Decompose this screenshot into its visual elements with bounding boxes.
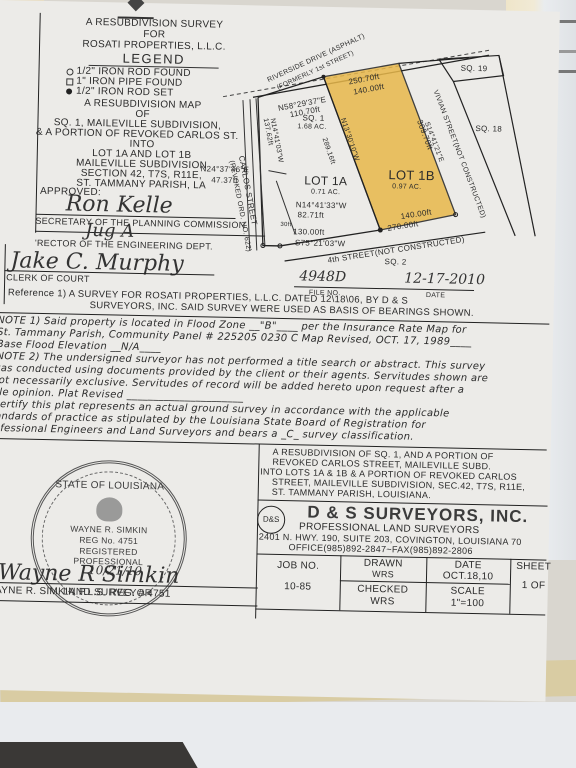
surveyor-printed-name: WAYNE R. SIMKIN P.L.S. REG. # 4751 — [0, 586, 171, 600]
bottom-bearing: S75°21'03"W — [295, 239, 346, 248]
sq2-label: SQ. 2 — [385, 258, 407, 266]
drawn-value: WRS — [340, 569, 426, 580]
filing-date-value: 12-17-2010 — [404, 271, 485, 289]
lot1a-bearing: N14°41'33"W — [296, 201, 347, 210]
filing-date-label: DATE — [426, 292, 446, 299]
sheet-value: 1 OF — [522, 581, 546, 591]
background-surface — [0, 742, 200, 768]
lot1a-bottom-distance: 130.00ft — [293, 228, 324, 237]
company-logo-icon: D&S — [257, 506, 286, 535]
date-value: OCT.18,10 — [426, 571, 510, 583]
scale-label: SCALE — [426, 586, 510, 598]
sq1-label: SQ. 1 — [303, 114, 325, 122]
sq19-label: SQ. 19 — [461, 65, 488, 74]
lot1b-label: LOT 1B — [388, 168, 435, 182]
lot1a-area: 0.71 AC. — [311, 189, 340, 197]
carlos-distance: 47.37ft — [211, 176, 238, 185]
lot1b-area: 0.97 AC. — [392, 183, 421, 191]
sq18-label: SQ. 18 — [475, 125, 502, 134]
lot1a-label: LOT 1A — [304, 174, 347, 187]
checked-label: CHECKED — [340, 584, 426, 596]
scale-value: 1"=100 — [425, 598, 509, 610]
setback-label: 30ft — [280, 222, 291, 228]
checked-value: WRS — [339, 596, 425, 608]
job-number-value: 10-85 — [256, 581, 340, 593]
job-number-label: JOB NO. — [256, 560, 340, 572]
survey-plat-document: A RESUBDIVISION SURVEY FOR ROSATI PROPER… — [0, 0, 560, 702]
sheet-label: SHEET — [516, 562, 551, 573]
carlos-bearing: N24°37'46"E — [200, 165, 249, 174]
lot1a-distance: 82.71ft — [297, 211, 324, 220]
pelican-emblem-icon — [96, 497, 122, 522]
file-number-value: 4948D — [299, 268, 346, 285]
sq1-area: 1.68 AC. — [297, 123, 326, 131]
